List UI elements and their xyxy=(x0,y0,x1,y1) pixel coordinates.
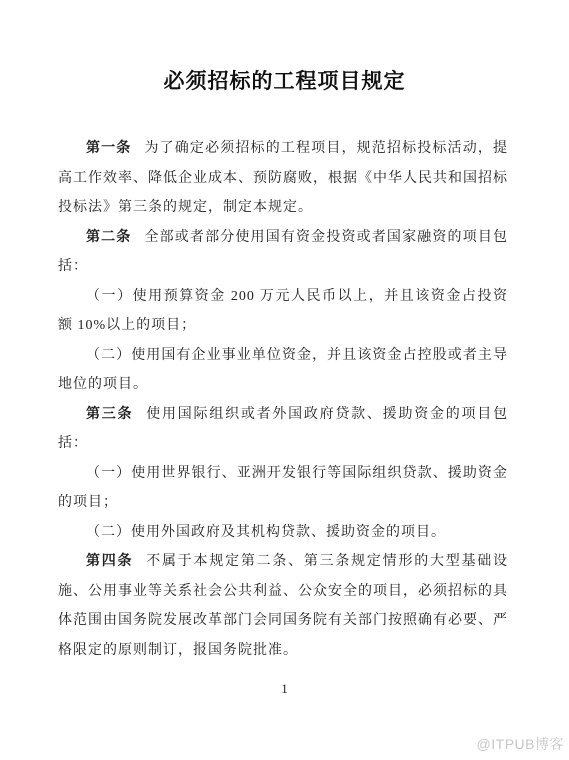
watermark: @ITPUB博客 xyxy=(477,735,564,753)
article-2-number: 第二条 xyxy=(86,230,131,245)
paragraph-article-3-item-1: （一）使用世界银行、亚洲开发银行等国际组织贷款、援助资金的项目； xyxy=(58,459,508,518)
paragraph-article-3-item-2: （二）使用外国政府及其机构贷款、援助资金的项目。 xyxy=(58,518,508,548)
article-3-item-1-text: （一）使用世界银行、亚洲开发银行等国际组织贷款、援助资金的项目； xyxy=(58,466,508,511)
paragraph-article-2-item-1: （一）使用预算资金 200 万元人民币以上，并且该资金占投资额 10%以上的项目… xyxy=(58,282,508,341)
page-number: 1 xyxy=(0,681,569,696)
article-3-number: 第三条 xyxy=(86,407,133,422)
article-1-number: 第一条 xyxy=(86,141,131,156)
paragraph-article-1: 第一条为了确定必须招标的工程项目，规范招标投标活动，提高工作效率、降低企业成本、… xyxy=(58,134,508,223)
article-2-item-2-text: （二）使用国有企业事业单位资金，并且该资金占控股或者主导地位的项目。 xyxy=(58,348,508,393)
article-4-number: 第四条 xyxy=(86,554,133,569)
document-title: 必须招标的工程项目规定 xyxy=(0,0,569,95)
article-4-text: 不属于本规定第二条、第三条规定情形的大型基础设施、公用事业等关系社会公共利益、公… xyxy=(58,554,508,658)
paragraph-article-4: 第四条不属于本规定第二条、第三条规定情形的大型基础设施、公用事业等关系社会公共利… xyxy=(58,547,508,665)
article-3-item-2-text: （二）使用外国政府及其机构贷款、援助资金的项目。 xyxy=(86,525,446,540)
paragraph-article-3: 第三条使用国际组织或者外国政府贷款、援助资金的项目包括： xyxy=(58,400,508,459)
paragraph-article-2: 第二条全部或者部分使用国有资金投资或者国家融资的项目包括： xyxy=(58,223,508,282)
document-page: 必须招标的工程项目规定 第一条为了确定必须招标的工程项目，规范招标投标活动，提高… xyxy=(0,0,569,760)
document-body: 第一条为了确定必须招标的工程项目，规范招标投标活动，提高工作效率、降低企业成本、… xyxy=(58,134,508,665)
paragraph-article-2-item-2: （二）使用国有企业事业单位资金，并且该资金占控股或者主导地位的项目。 xyxy=(58,341,508,400)
article-2-item-1-text: （一）使用预算资金 200 万元人民币以上，并且该资金占投资额 10%以上的项目… xyxy=(58,289,508,334)
